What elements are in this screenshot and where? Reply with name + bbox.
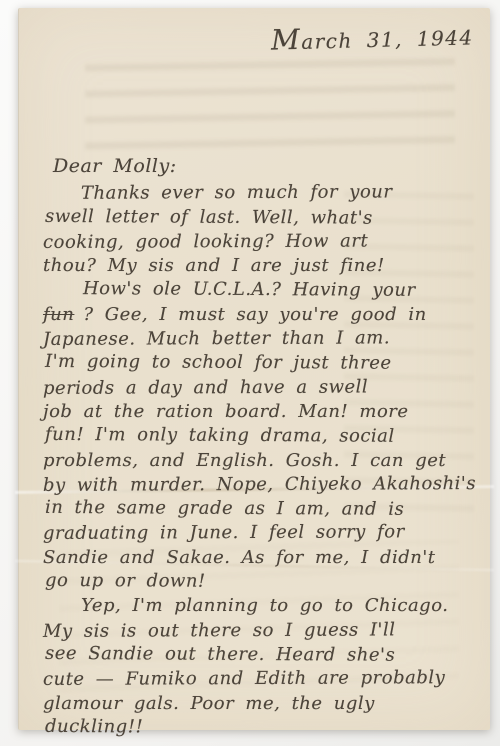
letter-line: Sandie and Sakae. As for me, I didn't [19, 546, 490, 570]
bleed-through-texture-top [85, 56, 455, 160]
letter-line: How's ole U.C.L.A.? Having your [21, 277, 492, 304]
letter-line: glamour gals. Poor me, the ugly [19, 692, 490, 716]
letter-line: fun! I'm only taking drama, social [21, 423, 492, 450]
letter-line: go up or down! [21, 569, 492, 596]
letter-line: I'm going to school for just three [21, 350, 492, 377]
letter-line: cute — Fumiko and Edith are probably [19, 666, 490, 692]
letter-date: March 31, 1944 [271, 18, 474, 56]
letter-line-text: ? Gee, I must say you're good in [83, 304, 426, 325]
letter-line: swell letter of last. Well, what's [21, 204, 492, 231]
letter-line: thou? My sis and I are just fine! [19, 254, 490, 278]
letter-line: problems, and English. Gosh. I can get [19, 449, 490, 473]
letter-line: My sis is out there so I guess I'll [19, 618, 490, 644]
letter-line: periods a day and have a swell [19, 375, 490, 401]
letter-photo: March 31, 1944 Dear Molly: Thanks ever s… [0, 0, 500, 746]
letter-line: in the same grade as I am, and is [21, 496, 492, 523]
letter-line: Thanks ever so much for your [19, 180, 490, 206]
letter-body: Dear Molly: Thanks ever so much for your… [19, 154, 490, 740]
letter-line: Yep, I'm planning to go to Chicago. [19, 594, 490, 618]
letter-line: graduating in June. I feel sorry for [19, 520, 490, 546]
letter-paper: March 31, 1944 Dear Molly: Thanks ever s… [18, 8, 490, 730]
letter-line: duckling!! [21, 715, 492, 742]
strikethrough-word: fun [43, 304, 74, 325]
letter-line: see Sandie out there. Heard she's [21, 642, 492, 669]
letter-line: by with murder. Nope, Chiyeko Akahoshi's [19, 472, 490, 498]
letter-line: cooking, good looking? How art [19, 229, 490, 255]
letter-line: Japanese. Much better than I am. [19, 326, 490, 352]
salutation: Dear Molly: [19, 154, 490, 178]
letter-line: job at the ration board. Man! more [19, 400, 490, 424]
letter-line: fun? Gee, I must say you're good in [19, 303, 490, 327]
